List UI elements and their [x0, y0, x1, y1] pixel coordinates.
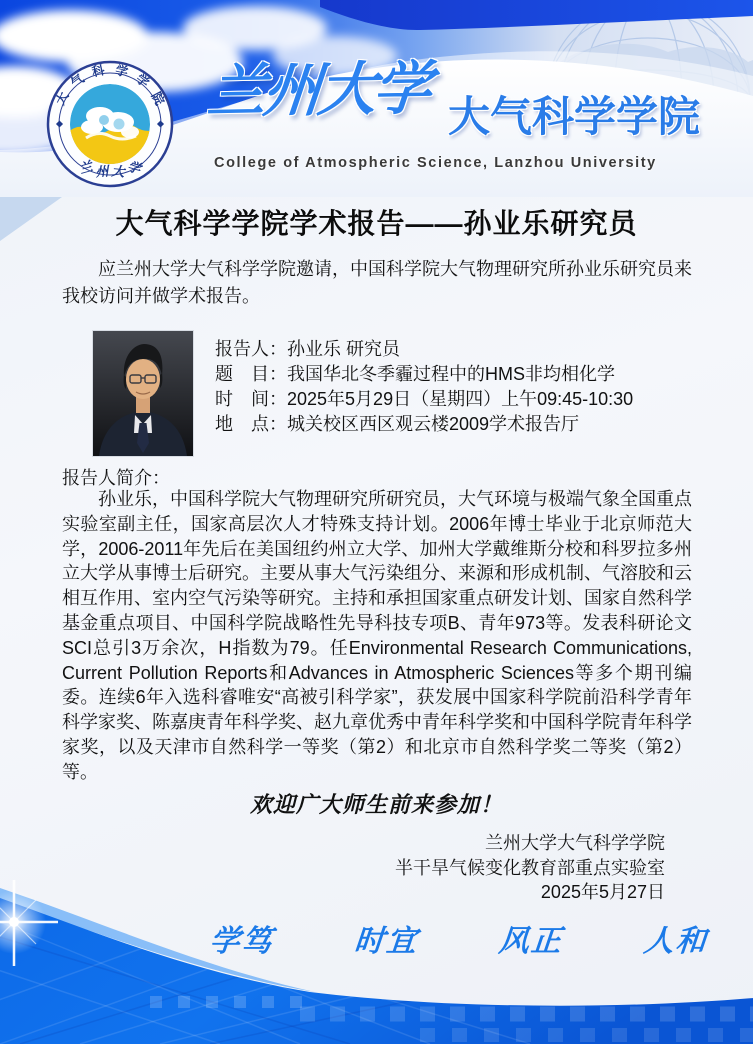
poster-page: 大 气 科 学 学 院 兰 州 大 学 兰州大学 大气科学学院 College …: [0, 0, 753, 1044]
talk-info-row-time: 时 间：2025年5月29日（星期四）上午09:45-10:30: [215, 387, 633, 412]
talk-info-row-speaker: 报告人：孙业乐 研究员: [215, 337, 633, 362]
intro-paragraph: 应兰州大学大气科学学院邀请，中国科学院大气物理研究所孙业乐研究员来我校访问并做学…: [62, 256, 692, 310]
welcome-line: 欢迎广大师生前来参加！: [0, 788, 753, 819]
info-value: 城关校区西区观云楼2009学术报告厅: [287, 414, 579, 434]
info-label: 题 目：: [215, 364, 287, 384]
bio-paragraph: 孙业乐，中国科学院大气物理研究所研究员，大气环境与极端气象全国重点实验室副主任，…: [62, 487, 692, 785]
talk-info-row-topic: 题 目：我国华北冬季霾过程中的HMS非均相化学: [215, 362, 633, 387]
info-label: 时 间：: [215, 389, 287, 409]
college-name: 大气科学学院: [448, 96, 700, 138]
speaker-photo: [92, 330, 194, 457]
university-name-calligraphy: 兰州大学: [205, 60, 430, 122]
talk-info: 报告人：孙业乐 研究员 题 目：我国华北冬季霾过程中的HMS非均相化学 时 间：…: [215, 337, 633, 437]
info-label: 地 点：: [215, 414, 287, 434]
header-banner: 大 气 科 学 学 院 兰 州 大 学 兰州大学 大气科学学院 College …: [0, 0, 753, 197]
motto-word: 人和: [642, 916, 710, 960]
footer-motto: 学笃 时宜 风正 人和: [208, 916, 710, 960]
signature-organization: 兰州大学大气科学学院: [395, 831, 665, 856]
college-seal-logo: 大 气 科 学 学 院 兰 州 大 学: [46, 60, 174, 188]
college-name-english: College of Atmospheric Science, Lanzhou …: [214, 155, 714, 171]
page-title: 大气科学学院学术报告——孙业乐研究员: [0, 202, 753, 242]
motto-word: 时宜: [353, 916, 421, 960]
info-value: 孙业乐 研究员: [287, 339, 400, 359]
info-value: 我国华北冬季霾过程中的HMS非均相化学: [287, 364, 615, 384]
talk-info-row-place: 地 点：城关校区西区观云楼2009学术报告厅: [215, 412, 633, 437]
info-value: 2025年5月29日（星期四）上午09:45-10:30: [287, 389, 633, 409]
info-label: 报告人：: [215, 339, 287, 359]
motto-word: 学笃: [208, 916, 276, 960]
motto-word: 风正: [497, 916, 565, 960]
